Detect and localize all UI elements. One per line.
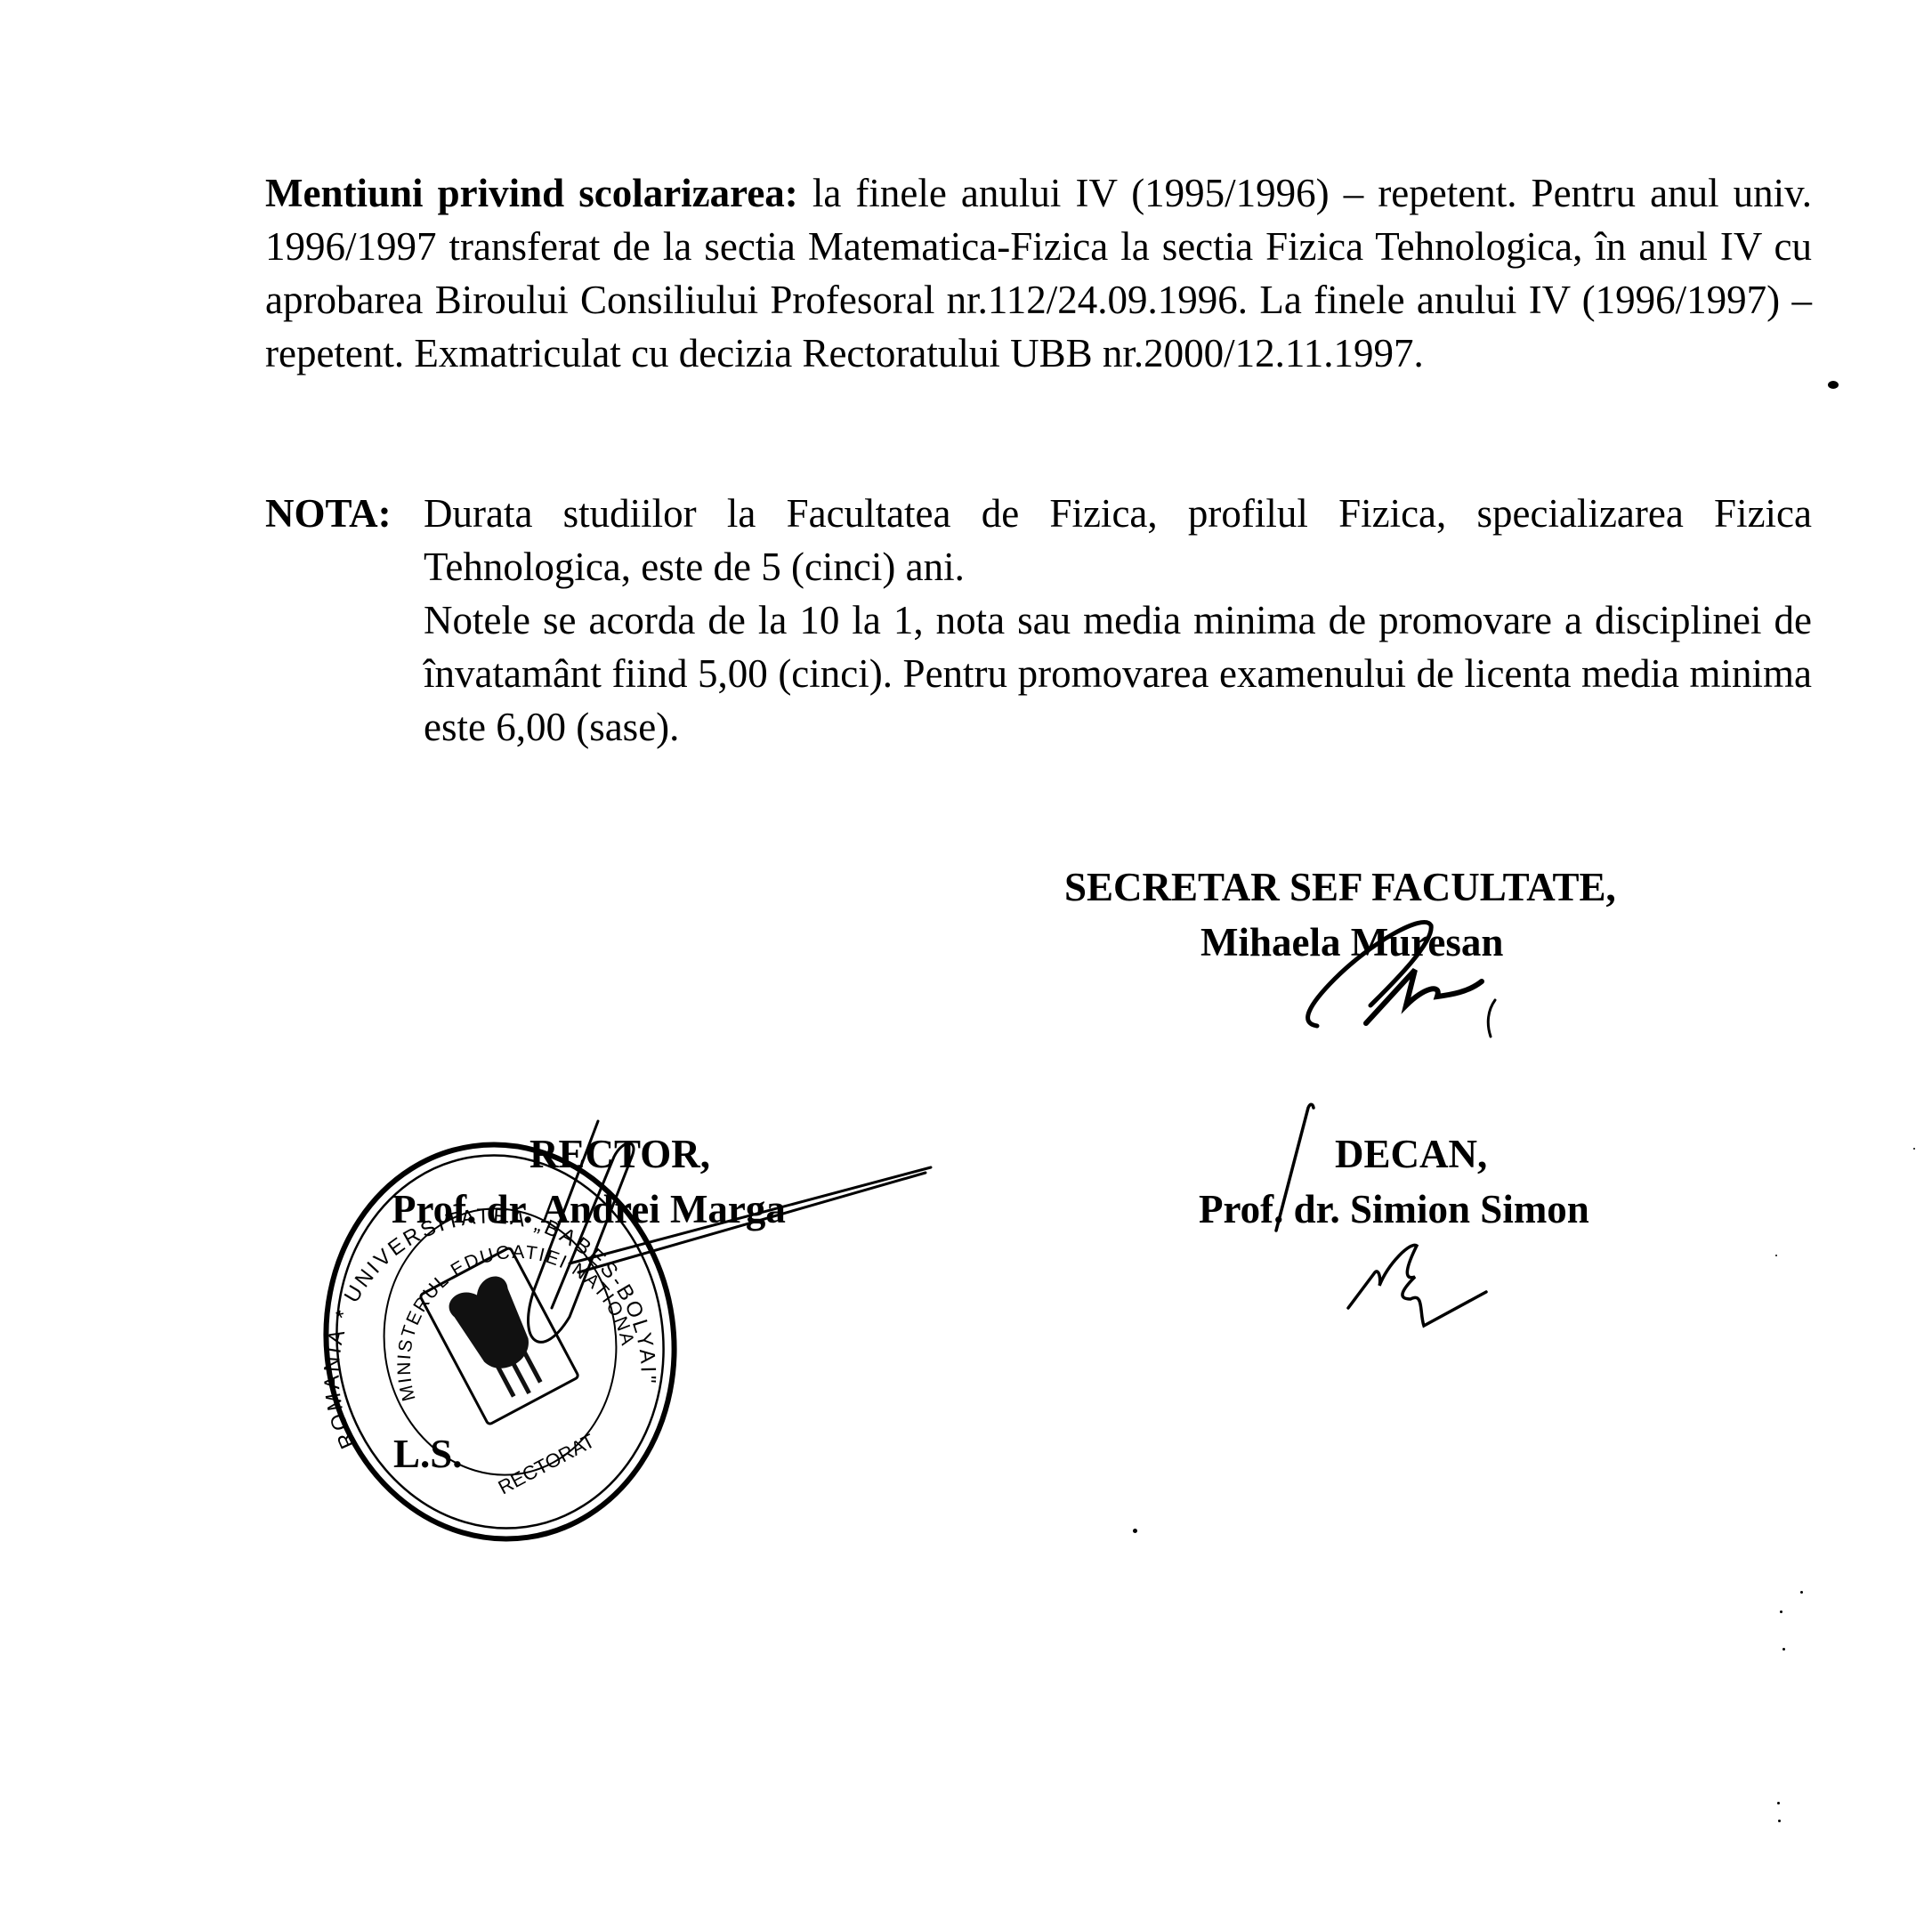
- schooling-remarks-label: Mentiuni privind scolarizarea:: [265, 171, 798, 215]
- secretary-name: Mihaela Muresan: [1200, 916, 1503, 968]
- note-grading-rules: Notele se acorda de la 10 la 1, nota sau…: [424, 593, 1812, 754]
- scan-speck: [1800, 1591, 1803, 1594]
- dean-name: Prof. dr. Simion Simon: [1199, 1183, 1589, 1235]
- scan-speck: [1775, 1255, 1777, 1256]
- note-body: Durata studiilor la Facultatea de Fizica…: [424, 487, 1812, 754]
- scan-speck: [1780, 1610, 1782, 1613]
- note-label: NOTA:: [265, 487, 392, 540]
- scan-speck: [1133, 1529, 1137, 1533]
- scan-speck: [1777, 1802, 1780, 1804]
- rector-name: Prof. dr. Andrei Marga: [392, 1183, 786, 1235]
- dean-title: DECAN,: [1335, 1128, 1487, 1180]
- schooling-remarks-paragraph: Mentiuni privind scolarizarea: la finele…: [265, 166, 1812, 380]
- note-study-duration: Durata studiilor la Facultatea de Fizica…: [424, 487, 1812, 593]
- seal-label: L.S.: [393, 1428, 463, 1480]
- scan-speck: [1778, 1820, 1781, 1822]
- document-page: Mentiuni privind scolarizarea: la finele…: [0, 0, 1932, 1905]
- note-section: NOTA: Durata studiilor la Facultatea de …: [265, 487, 1812, 754]
- scan-speck: [1782, 1648, 1785, 1651]
- scan-speck: [1913, 1148, 1915, 1150]
- coat-of-arms-icon: [420, 1247, 579, 1425]
- secretary-title: SECRETAR SEF FACULTATE,: [1064, 861, 1616, 913]
- seal-center-text: RECTORAT: [495, 1429, 599, 1498]
- scan-speck: [1828, 381, 1839, 389]
- rector-title: RECTOR,: [529, 1128, 710, 1180]
